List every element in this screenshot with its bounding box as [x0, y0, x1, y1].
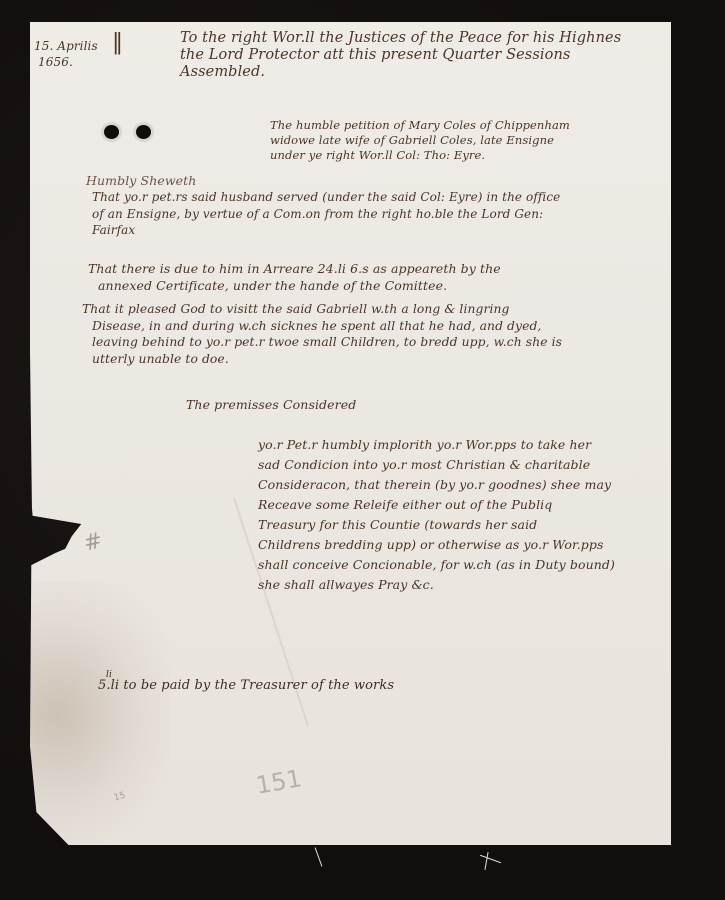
prayer-line-4: Receave some Releife either out of the P… [258, 495, 615, 515]
address-line-1: To the right Wor.ll the Justices of the … [180, 30, 621, 47]
order-note: li 5.li to be paid by the Treasurer of t… [98, 677, 394, 694]
paragraph-3-line-3: leaving behind to yo.r pet.r twoe small … [82, 334, 562, 351]
prayer-line-8: she shall allwayes Pray &c. [258, 575, 615, 595]
paragraph-2-line-1: That there is due to him in Arreare 24.l… [88, 260, 501, 277]
paragraph-3-line-4: utterly unable to doe. [82, 351, 562, 368]
paragraph-1: That yo.r pet.rs said husband served (un… [92, 189, 560, 239]
prayer-line-7: shall conceive Concionable, for w.ch (as… [258, 555, 615, 575]
prayer-line-3: Consideracon, that therein (by yo.r good… [258, 475, 615, 495]
title-line-3: under ye right Wor.ll Col: Tho: Eyre. [270, 148, 570, 163]
title-line-2: widowe late wife of Gabriell Coles, late… [270, 133, 570, 148]
prayer-line-1: yo.r Pet.r humbly implorith yo.r Wor.pps… [258, 435, 615, 455]
paragraph-3-line-2: Disease, in and during w.ch sicknes he s… [82, 318, 562, 335]
date-year: 1656. [34, 54, 98, 70]
address-line-3: Assembled. [180, 64, 621, 81]
prayer-line-2: sad Condicion into yo.r most Christian &… [258, 455, 615, 475]
paragraph-3-line-1: That it pleased God to visitt the said G… [82, 301, 562, 318]
date-bracket-mark: ‖ [112, 34, 123, 51]
water-stain [30, 582, 170, 845]
binding-hole-right [136, 125, 151, 139]
address-line-2: the Lord Protector att this present Quar… [180, 47, 621, 64]
binding-hole-left [104, 125, 119, 139]
paragraph-1-line-1: That yo.r pet.rs said husband served (un… [92, 189, 560, 206]
humbly-sheweth: Humbly Sheweth [86, 172, 196, 189]
prayer-line-6: Childrens bredding upp) or otherwise as … [258, 535, 615, 555]
premises-considered: The premisses Considered [186, 396, 356, 413]
prayer-line-5: Treasury for this Countie (towards her s… [258, 515, 615, 535]
paragraph-1-line-2: of an Ensigne, by vertue of a Com.on fro… [92, 206, 560, 223]
manuscript-page: 15. Aprilis 1656. ‖ To the right Wor.ll … [30, 22, 671, 845]
folio-number: 151 [255, 770, 303, 795]
order-text: 5.li to be paid by the Treasurer of the … [98, 678, 394, 693]
address-block: To the right Wor.ll the Justices of the … [180, 30, 621, 81]
paragraph-1-line-3: Fairfax [92, 222, 560, 239]
pencil-hash-mark: # [82, 532, 104, 552]
date-day-month: 15. Aprilis [34, 38, 98, 54]
paragraph-3: That it pleased God to visitt the said G… [82, 301, 562, 367]
date-margin: 15. Aprilis 1656. [34, 38, 98, 70]
pencil-small-number: 15 [112, 788, 128, 807]
prayer-block: yo.r Pet.r humbly implorith yo.r Wor.pps… [258, 435, 615, 595]
paragraph-2-line-2: annexed Certificate, under the hande of … [88, 277, 501, 294]
petition-title: The humble petition of Mary Coles of Chi… [270, 118, 570, 163]
title-line-1: The humble petition of Mary Coles of Chi… [270, 118, 570, 133]
paragraph-2: That there is due to him in Arreare 24.l… [88, 260, 501, 294]
order-superscript: li [106, 667, 112, 684]
